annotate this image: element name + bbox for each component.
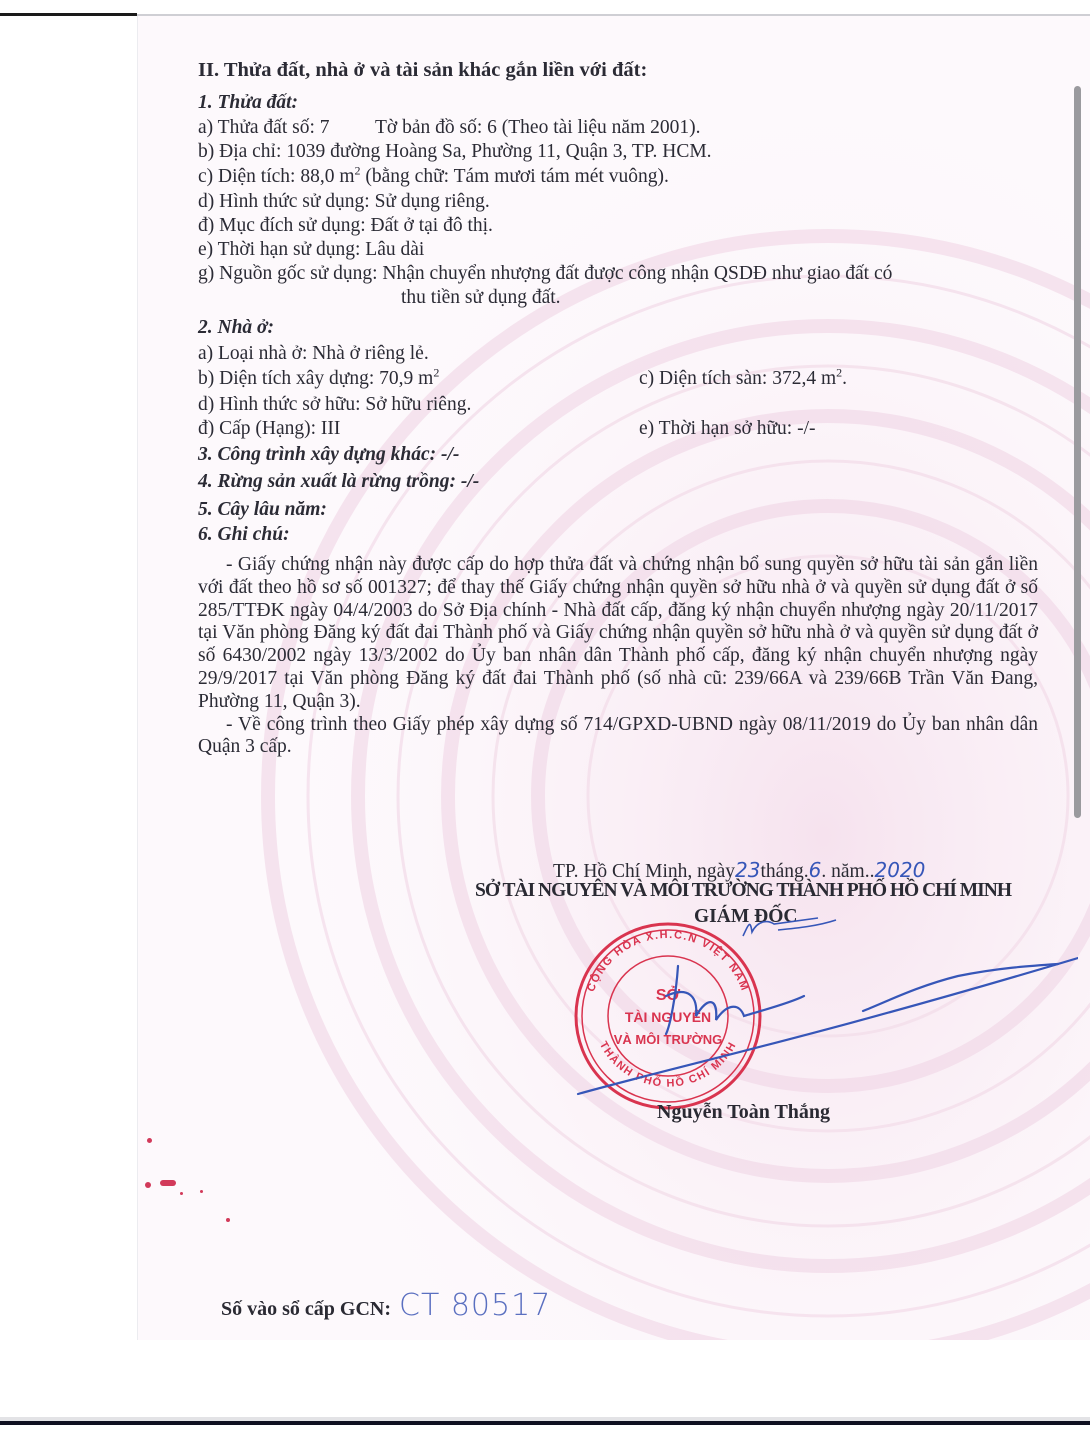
land-use-duration: e) Thời hạn sử dụng: Lâu dài [198,238,424,262]
land-area-value: c) Diện tích: 88,0 m [198,166,355,187]
house-ownership-form: d) Hình thức sở hữu: Sở hữu riêng. [198,393,471,417]
floor-area: c) Diện tích sàn: 372,4 m2. [639,367,847,391]
registry-number-row: Số vào sổ cấp GCN: CT 80517 [221,1288,551,1323]
land-area: c) Diện tích: 88,0 m2 (bằng chữ: Tám mươ… [198,165,669,189]
land-use-form: d) Hình thức sử dụng: Sử dụng riêng. [198,190,490,214]
house-grade-row: đ) Cấp (Hạng): III e) Thời hạn sở hữu: -… [198,417,340,441]
notes-heading: 6. Ghi chú: [198,523,290,547]
ink-speck [160,1180,176,1186]
certificate-page: II. Thửa đất, nhà ở và tài sản khác gắn … [137,16,1090,1340]
registry-label: Số vào sổ cấp GCN: [221,1298,391,1320]
other-construction: 3. Công trình xây dựng khác: -/- [198,443,459,467]
bottom-divider [0,1421,1090,1425]
land-use-purpose: đ) Mục đích sử dụng: Đất ở tại đô thị. [198,214,493,238]
initials-scribble-icon [738,906,848,946]
ink-speck [145,1182,151,1188]
house-type: a) Loại nhà ở: Nhà ở riêng lẻ. [198,342,429,366]
perennial-trees: 5. Cây lâu năm: [198,498,327,522]
official-seal-icon: CỘNG HÒA X.H.C.N VIỆT NAM THÀNH PHỐ HỒ C… [558,916,1078,1126]
production-forest: 4. Rừng sản xuất là rừng trồng: -/- [198,470,479,494]
house-heading: 2. Nhà ở: [198,316,274,340]
build-area-unit-sup: 2 [433,366,439,380]
month-label: tháng [760,861,803,882]
seal-inner-3: VÀ MÔI TRƯỜNG [614,1032,723,1047]
issuing-agency: SỞ TÀI NGUYÊN VÀ MÔI TRƯỜNG THÀNH PHỐ HỒ… [458,880,1028,902]
floor-area-value: c) Diện tích sàn: 372,4 m [639,368,836,389]
note-paragraph-1: - Giấy chứng nhận này được cấp do hợp th… [198,554,1038,714]
registry-number: CT 80517 [399,1288,551,1323]
floor-area-period: . [842,368,847,389]
issue-month: 6 [809,858,822,882]
build-area: b) Diện tích xây dựng: 70,9 m [198,368,433,389]
house-areas: b) Diện tích xây dựng: 70,9 m2 c) Diện t… [198,367,439,391]
ink-speck [180,1192,183,1195]
note-paragraph-2: - Về công trình theo Giấy phép xây dựng … [198,714,1038,760]
section-heading: II. Thửa đất, nhà ở và tài sản khác gắn … [198,58,647,82]
issue-year: 2020 [874,858,925,882]
house-ownership-term: e) Thời hạn sở hữu: -/- [639,417,816,441]
land-heading: 1. Thửa đất: [198,91,298,115]
ink-speck [147,1138,152,1143]
scrollbar-thumb[interactable] [1074,86,1081,818]
ink-speck [200,1190,203,1193]
year-label: năm [831,861,865,882]
notes-body: - Giấy chứng nhận này được cấp do hợp th… [198,554,1038,759]
land-origin-line1: g) Nguồn gốc sử dụng: Nhận chuyển nhượng… [198,262,892,286]
ink-speck [226,1218,230,1222]
land-address: b) Địa chỉ: 1039 đường Hoàng Sa, Phường … [198,140,712,164]
seal-outer-top: CỘNG HÒA X.H.C.N VIỆT NAM [585,929,751,994]
signature-stroke-icon [578,958,1078,1094]
issue-day: 23 [735,858,760,882]
land-parcel-number: a) Thửa đất số: 7 Tờ bản đồ số: 6 (Theo … [198,116,330,140]
left-margin [0,16,137,1417]
issue-place: TP. Hồ Chí Minh, ngày [553,861,735,882]
signer-name: Nguyễn Toàn Thắng [657,1101,830,1124]
land-origin-line2: thu tiền sử dụng đất. [401,286,561,310]
parcel-number: a) Thửa đất số: 7 [198,117,330,138]
map-sheet: Tờ bản đồ số: 6 (Theo tài liệu năm 2001)… [375,116,701,140]
land-area-words: (bằng chữ: Tám mươi tám mét vuông). [361,166,669,187]
svg-text:CỘNG HÒA X.H.C.N VIỆT NAM: CỘNG HÒA X.H.C.N VIỆT NAM [585,929,751,994]
house-grade: đ) Cấp (Hạng): III [198,418,340,439]
